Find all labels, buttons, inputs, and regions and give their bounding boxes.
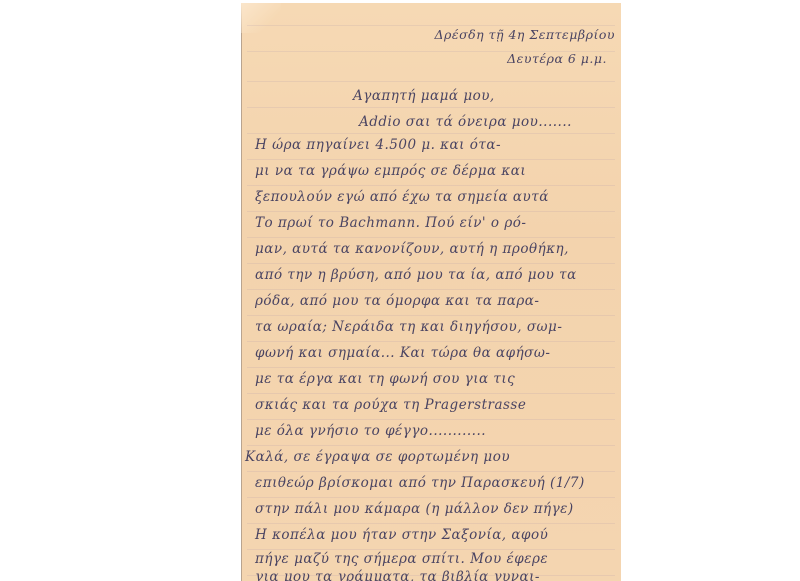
body-line: μαν, αυτά τα κανονίζουν, αυτή η προθήκη,	[255, 241, 569, 257]
letter-place-date: Δρέσδη τῇ 4η Σεπτεμβρίου	[434, 27, 615, 42]
ruled-line	[247, 159, 615, 160]
ruled-line	[247, 419, 615, 420]
letter-greeting-line: Addio σαι τά όνειρα μου.......	[359, 114, 572, 130]
ruled-line	[247, 211, 615, 212]
ruled-line	[247, 107, 615, 108]
ruled-line	[247, 367, 615, 368]
letter-page: Δρέσδη τῇ 4η Σεπτεμβρίου Δευτέρα 6 μ.μ. …	[241, 3, 621, 581]
ruled-line	[247, 185, 615, 186]
body-line: επιθεώρ βρίσκομαι από την Παρασκευή (1/7…	[255, 475, 585, 491]
ruled-line	[247, 471, 615, 472]
ruled-line	[247, 549, 615, 550]
ruled-line	[247, 237, 615, 238]
body-line: από την η βρύση, από μου τα ία, από μου …	[255, 267, 577, 283]
ruled-line	[247, 445, 615, 446]
body-line: τα ωραία; Νεράιδα τη και διηγήσου, σωμ-	[255, 319, 562, 335]
ruled-line	[247, 25, 615, 26]
body-line: σκιάς και τα ρούχα τη Pragerstrasse	[255, 397, 526, 413]
body-line: στην πάλι μου κάμαρα (η μάλλον δεν πήγε)	[255, 501, 574, 517]
ruled-line	[247, 289, 615, 290]
ruled-line	[247, 497, 615, 498]
ruled-line	[247, 81, 615, 82]
ruled-line	[247, 263, 615, 264]
ruled-line	[247, 315, 615, 316]
body-line: πήγε μαζύ της σήμερα σπίτι. Μου έφερε	[255, 551, 548, 567]
body-line: μι να τα γράψω εμπρός σε δέρμα και	[255, 163, 526, 179]
body-line: Το πρωί το Bachmann. Πού είν' ο ρό-	[255, 215, 526, 231]
body-line: με όλα γνήσιο το φέγγο............	[255, 423, 486, 439]
letter-time: Δευτέρα 6 μ.μ.	[507, 51, 607, 66]
body-line: με τα έργα και τη φωνή σου για τις	[255, 371, 515, 387]
body-line: ρόδα, από μου τα όμορφα και τα παρα-	[255, 293, 539, 309]
body-line: Καλά, σε έγραψα σε φορτωμένη μου	[245, 449, 510, 465]
ruled-line	[247, 341, 615, 342]
ruled-line	[247, 133, 615, 134]
body-line: για μου τα γράμματα, τα βιβλία γυναι-	[255, 569, 540, 581]
ruled-line	[247, 523, 615, 524]
body-line: ξεπουλούν εγώ από έχω τα σημεία αυτά	[255, 189, 549, 205]
body-line: Η ώρα πηγαίνει 4.500 μ. και ότα-	[255, 137, 501, 153]
body-line: φωνή και σημαία... Και τώρα θα αφήσω-	[255, 345, 550, 361]
body-line: Η κοπέλα μου ήταν στην Σαξονία, αφού	[255, 527, 548, 543]
letter-salutation: Αγαπητή μαμά μου,	[353, 88, 495, 104]
ruled-line	[247, 393, 615, 394]
